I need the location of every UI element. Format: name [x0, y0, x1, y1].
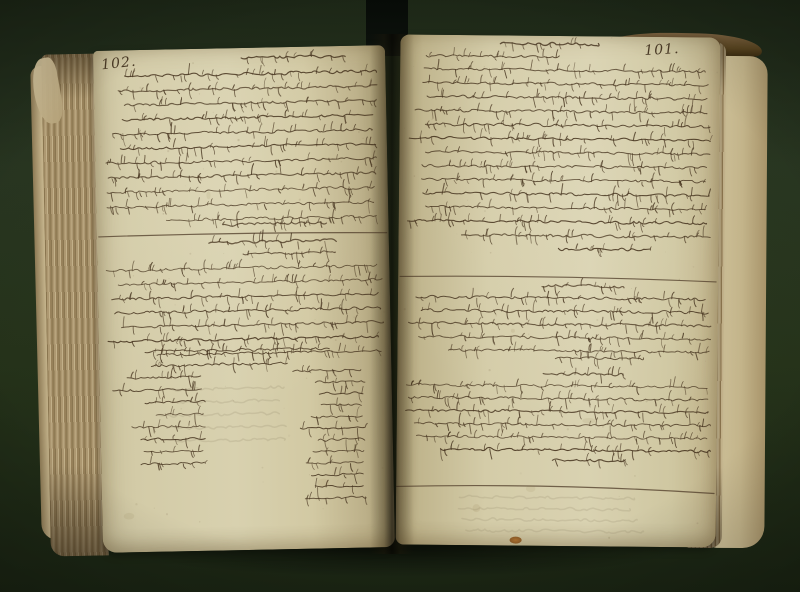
right-page-handwriting	[396, 34, 721, 547]
right-page-entry-3-heading	[543, 366, 625, 383]
left-page: 102.	[93, 45, 395, 553]
left-page-paper-speckles	[93, 58, 389, 524]
right-page-divider-1	[400, 275, 716, 282]
right-page-entry-2-signature	[555, 352, 643, 369]
right-page-show-through	[458, 495, 643, 533]
manuscript-photo: 102. 101.	[0, 0, 800, 592]
right-page: 101.	[396, 34, 721, 547]
left-page-names-column-left	[112, 367, 207, 470]
left-page-handwriting	[93, 45, 395, 553]
left-page-divider	[99, 230, 387, 238]
right-page-entry-3-signature	[552, 453, 627, 468]
left-page-entry-2-subheading	[243, 247, 335, 265]
left-page-names-column-right	[293, 364, 369, 506]
left-page-entry-2-text	[106, 256, 384, 364]
right-page-number: 101.	[644, 41, 680, 59]
right-page-divider-2	[396, 485, 714, 494]
right-page-entry-3-text	[405, 374, 711, 463]
left-page-show-through	[158, 386, 286, 443]
right-page-entry-2-text	[408, 285, 711, 362]
left-page-entry-1-text	[104, 60, 380, 230]
right-page-entry-2-heading	[542, 278, 624, 296]
left-page-title-squiggle	[241, 49, 345, 66]
right-page-opening-line	[426, 47, 559, 64]
right-page-entry-1-signature	[558, 243, 651, 257]
right-page-entry-1-text	[407, 59, 713, 247]
rust-stain	[510, 537, 522, 544]
right-page-header-squiggle	[500, 37, 599, 53]
